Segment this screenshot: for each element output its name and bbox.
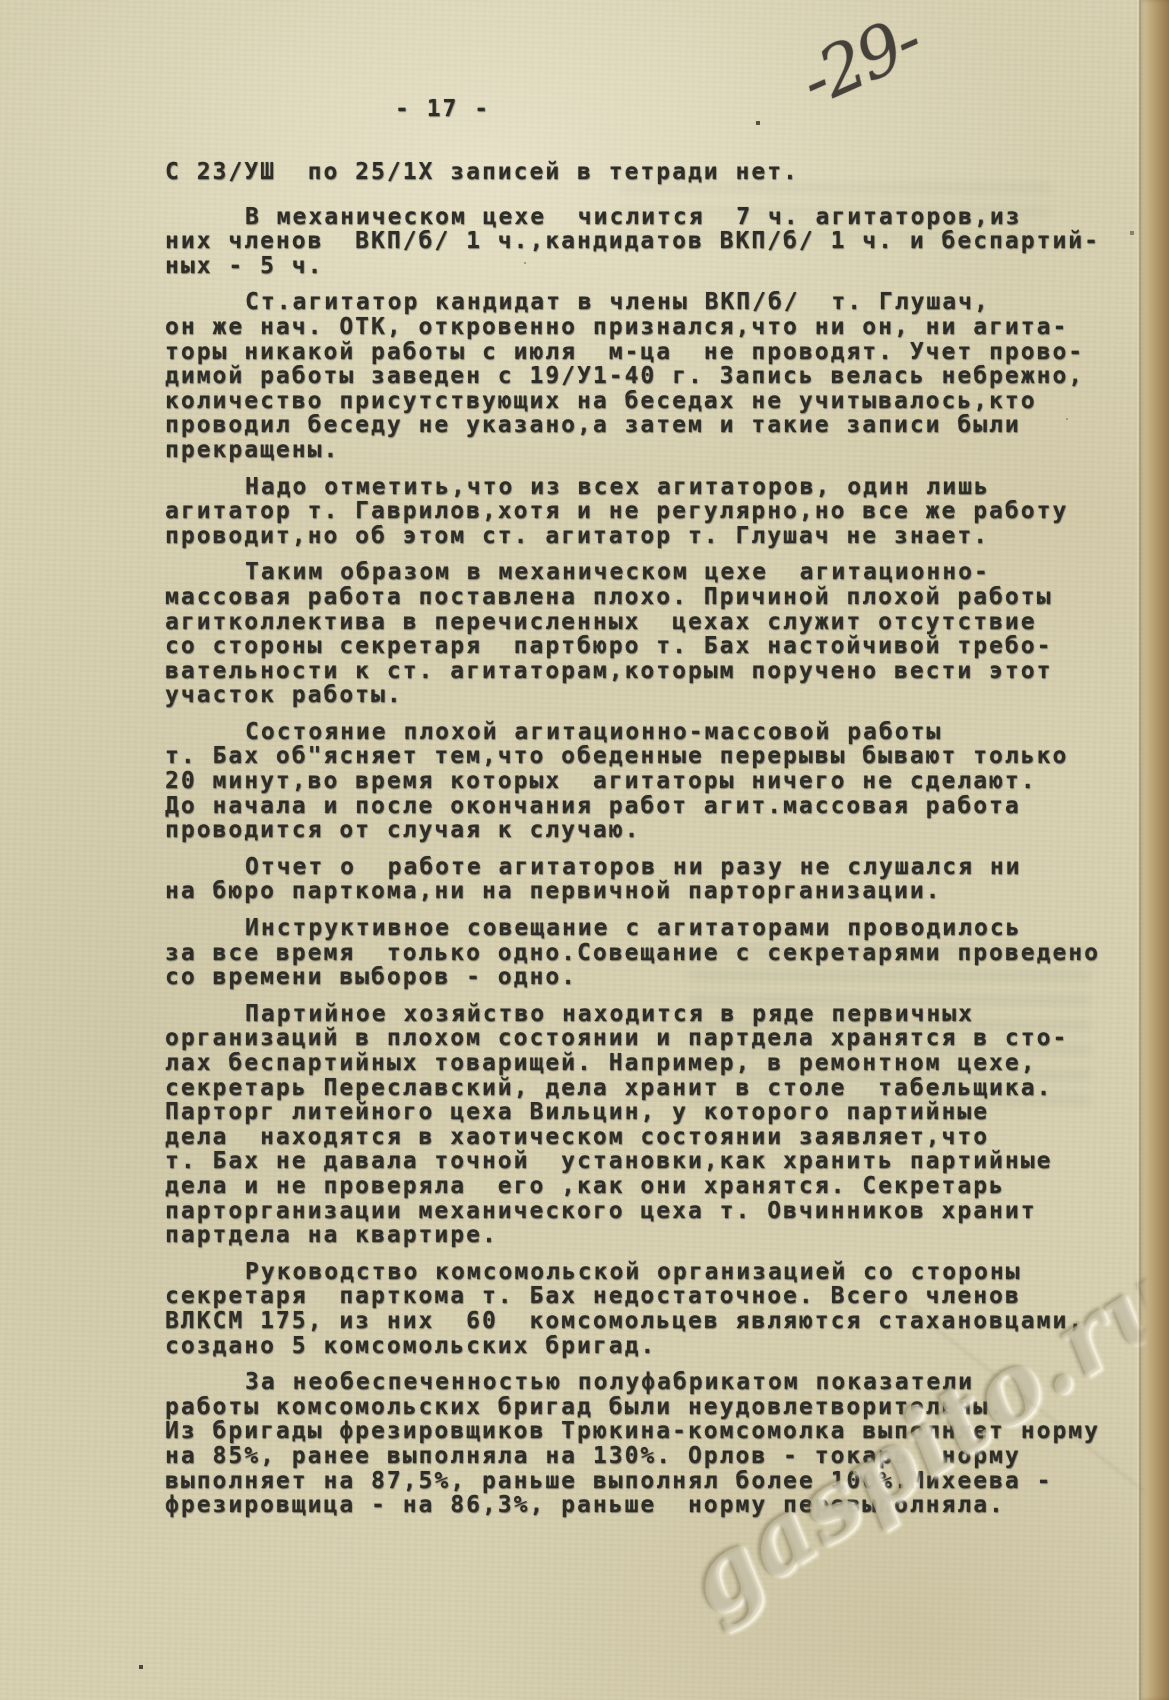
- page-edge-shadow: [1139, 0, 1169, 1700]
- text-line: ных - 5 ч.: [165, 254, 1125, 279]
- text-line: со стороны секретаря партбюро т. Бах нас…: [165, 634, 1125, 659]
- text-line: Таким образом в механическом цехе агитац…: [165, 560, 1125, 585]
- text-line: он же нач. ОТК, откровенно признался,что…: [165, 315, 1125, 340]
- handwritten-page-number: -29-: [789, 1, 931, 122]
- text-line: т. Бах об"ясняет тем,что обеденные перер…: [165, 744, 1125, 769]
- text-line: прекращены.: [165, 438, 1125, 463]
- text-line: агитатор т. Гаврилов,хотя и не регулярно…: [165, 499, 1125, 524]
- text-line: проводится от случая к случаю.: [165, 818, 1125, 843]
- text-line: Надо отметить,что из всех агитаторов, од…: [165, 475, 1125, 500]
- text-line: проводит,но об этом ст. агитатор т. Глуш…: [165, 524, 1125, 549]
- text-line: дела находятся в хаотическом состоянии з…: [165, 1125, 1125, 1150]
- text-line: секретаря парткома т. Бах недостаточное.…: [165, 1284, 1125, 1309]
- text-line: фрезировщица - на 86,3%, раньше норму пе…: [165, 1493, 1125, 1518]
- text-line: Партийное хозяйство находится в ряде пер…: [165, 1002, 1125, 1027]
- text-line: Парторг литейного цеха Вильцин, у которо…: [165, 1100, 1125, 1125]
- text-line: вательности к ст. агитаторам,которым пор…: [165, 659, 1125, 684]
- text-line: количество присутствующих на беседах не …: [165, 389, 1125, 414]
- text-line: Инструктивное совещание с агитаторами пр…: [165, 916, 1125, 941]
- text-line: 20 минут,во время которых агитаторы ниче…: [165, 769, 1125, 794]
- text-line: агитколлектива в перечисленных цехах слу…: [165, 610, 1125, 635]
- text-line: них членов ВКП/б/ 1 ч.,кандидатов ВКП/б/…: [165, 229, 1125, 254]
- dust-specks: [0, 0, 2, 2]
- paragraph: С 23/УШ по 25/1Х записей в тетради нет.: [165, 160, 1125, 185]
- text-line: массовая работа поставлена плохо. Причин…: [165, 585, 1125, 610]
- text-line: лах беспартийных товарищей. Например, в …: [165, 1051, 1125, 1076]
- paragraph: Партийное хозяйство находится в ряде пер…: [165, 1002, 1125, 1248]
- text-line: дела и не проверяла его ,как они хранятс…: [165, 1174, 1125, 1199]
- text-line: партдела на квартире.: [165, 1223, 1125, 1248]
- document-body: С 23/УШ по 25/1Х записей в тетради нет.В…: [165, 160, 1125, 1518]
- text-line: торы никакой работы с июля м-ца не прово…: [165, 340, 1125, 365]
- text-line: Состояние плохой агитационно-массовой ра…: [165, 720, 1125, 745]
- paragraph: Ст.агитатор кандидат в члены ВКП/б/ т. Г…: [165, 290, 1125, 462]
- text-line: проводил беседу не указано,а затем и так…: [165, 413, 1125, 438]
- text-line: Отчет о работе агитаторов ни разу не слу…: [165, 855, 1125, 880]
- text-line: участок работы.: [165, 683, 1125, 708]
- typed-page-number: - 17 -: [395, 96, 490, 122]
- paragraph: Надо отметить,что из всех агитаторов, од…: [165, 475, 1125, 549]
- text-line: димой работы заведен с 19/У1-40 г. Запис…: [165, 364, 1125, 389]
- paragraph: Инструктивное совещание с агитаторами пр…: [165, 916, 1125, 990]
- paragraph: Состояние плохой агитационно-массовой ра…: [165, 720, 1125, 843]
- text-line: на бюро парткома,ни на первичной парторг…: [165, 879, 1125, 904]
- text-line: В механическом цехе числится 7 ч. агитат…: [165, 205, 1125, 230]
- text-line: т. Бах не давала точной установки,как хр…: [165, 1149, 1125, 1174]
- text-line: со времени выборов - одно.: [165, 965, 1125, 990]
- text-line: С 23/УШ по 25/1Х записей в тетради нет.: [165, 160, 1125, 185]
- paragraph: Таким образом в механическом цехе агитац…: [165, 560, 1125, 708]
- text-line: секретарь Переславский, дела хранит в ст…: [165, 1076, 1125, 1101]
- text-line: организаций в плохом состоянии и партдел…: [165, 1026, 1125, 1051]
- text-line: ВЛКСМ 175, из них 60 комсомольцев являют…: [165, 1309, 1125, 1334]
- paragraph: Отчет о работе агитаторов ни разу не слу…: [165, 855, 1125, 904]
- paragraph: В механическом цехе числится 7 ч. агитат…: [165, 205, 1125, 279]
- text-line: Руководство комсомольской организацией с…: [165, 1260, 1125, 1285]
- text-line: Ст.агитатор кандидат в члены ВКП/б/ т. Г…: [165, 290, 1125, 315]
- text-line: До начала и после окончания работ агит.м…: [165, 794, 1125, 819]
- text-line: парторганизации механического цеха т. Ов…: [165, 1199, 1125, 1224]
- document-page: -29- - 17 - С 23/УШ по 25/1Х записей в т…: [0, 0, 1169, 1700]
- text-line: за все время только одно.Совещание с сек…: [165, 941, 1125, 966]
